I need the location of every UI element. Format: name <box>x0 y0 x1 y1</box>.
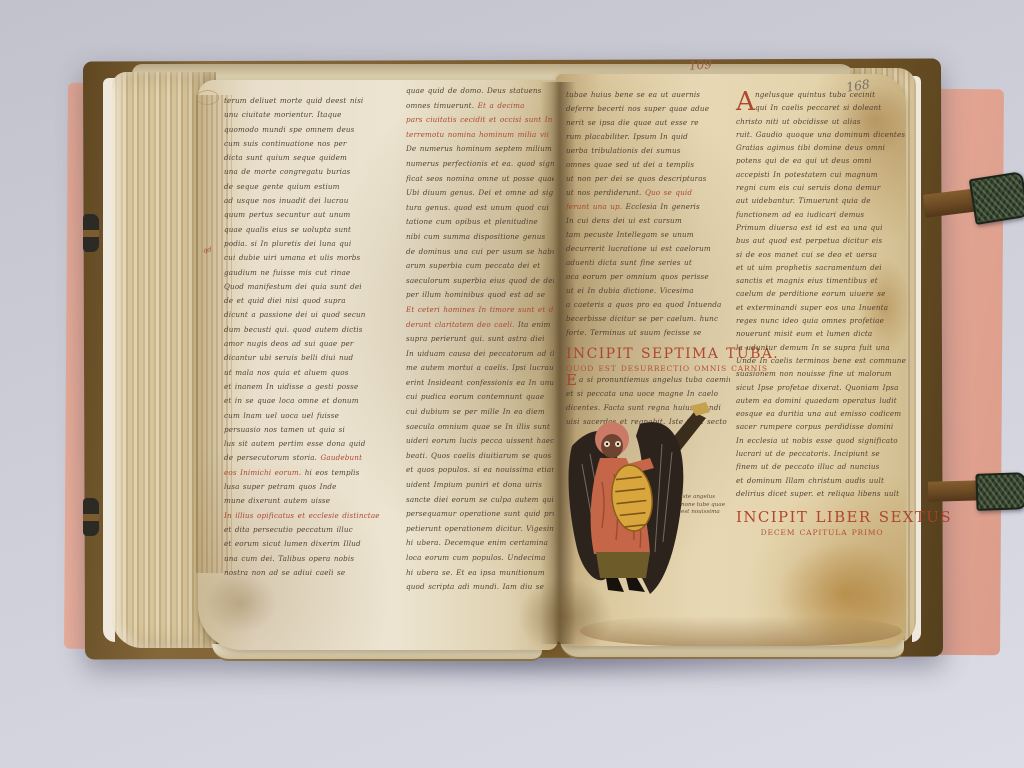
rp1-intro: tubae huius bene se ea ut auernisdeferre… <box>566 88 730 340</box>
angel-gloss: iste angelusnone tube quaeest nouissima <box>681 494 735 517</box>
drop-cap-e: E <box>566 373 576 387</box>
ring-mark <box>196 90 219 105</box>
angel-foot-right <box>626 578 645 592</box>
angel-skirt <box>596 552 650 578</box>
clasp-catch-top <box>83 214 99 252</box>
clasp-catch-bottom <box>83 498 99 536</box>
angel-foot-left <box>606 578 624 592</box>
rubric-incipit-septima-tuba: INCIPIT SEPTIMA TUBA. <box>566 346 730 362</box>
rubric-incipit-liber-sextus: INCIPIT LIBER SEXTUS <box>736 508 908 526</box>
left-page-column-1: terum deliuet morte quid deest nisiunu c… <box>224 94 400 580</box>
right-page-column-2: A ngelusque quintus tuba cecinitqui In c… <box>736 88 908 537</box>
clasp-metal-bottom <box>975 472 1024 511</box>
drop-cap-a: A <box>736 90 752 114</box>
right-page-column-1: tubae huius bene se ea ut auernisdeferre… <box>566 88 730 429</box>
left-page-column-2: quae quid de domo. Deus statuensomnes ti… <box>406 84 554 595</box>
photo-scene: 109 168 qd terum deliuet morte quid dees… <box>0 0 1024 768</box>
marginal-mark: qd <box>202 245 211 254</box>
rp2-body: ngelusque quintus tuba cecinitqui In cae… <box>736 88 908 500</box>
rubric-subtitle-2: DECEM CAPITULA PRIMO <box>736 528 908 537</box>
folio-number-left: 109 <box>689 57 713 73</box>
rubric-subtitle-1: QUOD EST DESURRECTIO OMNIS CARNIS <box>566 364 730 373</box>
clasp-metal-top <box>969 171 1024 225</box>
